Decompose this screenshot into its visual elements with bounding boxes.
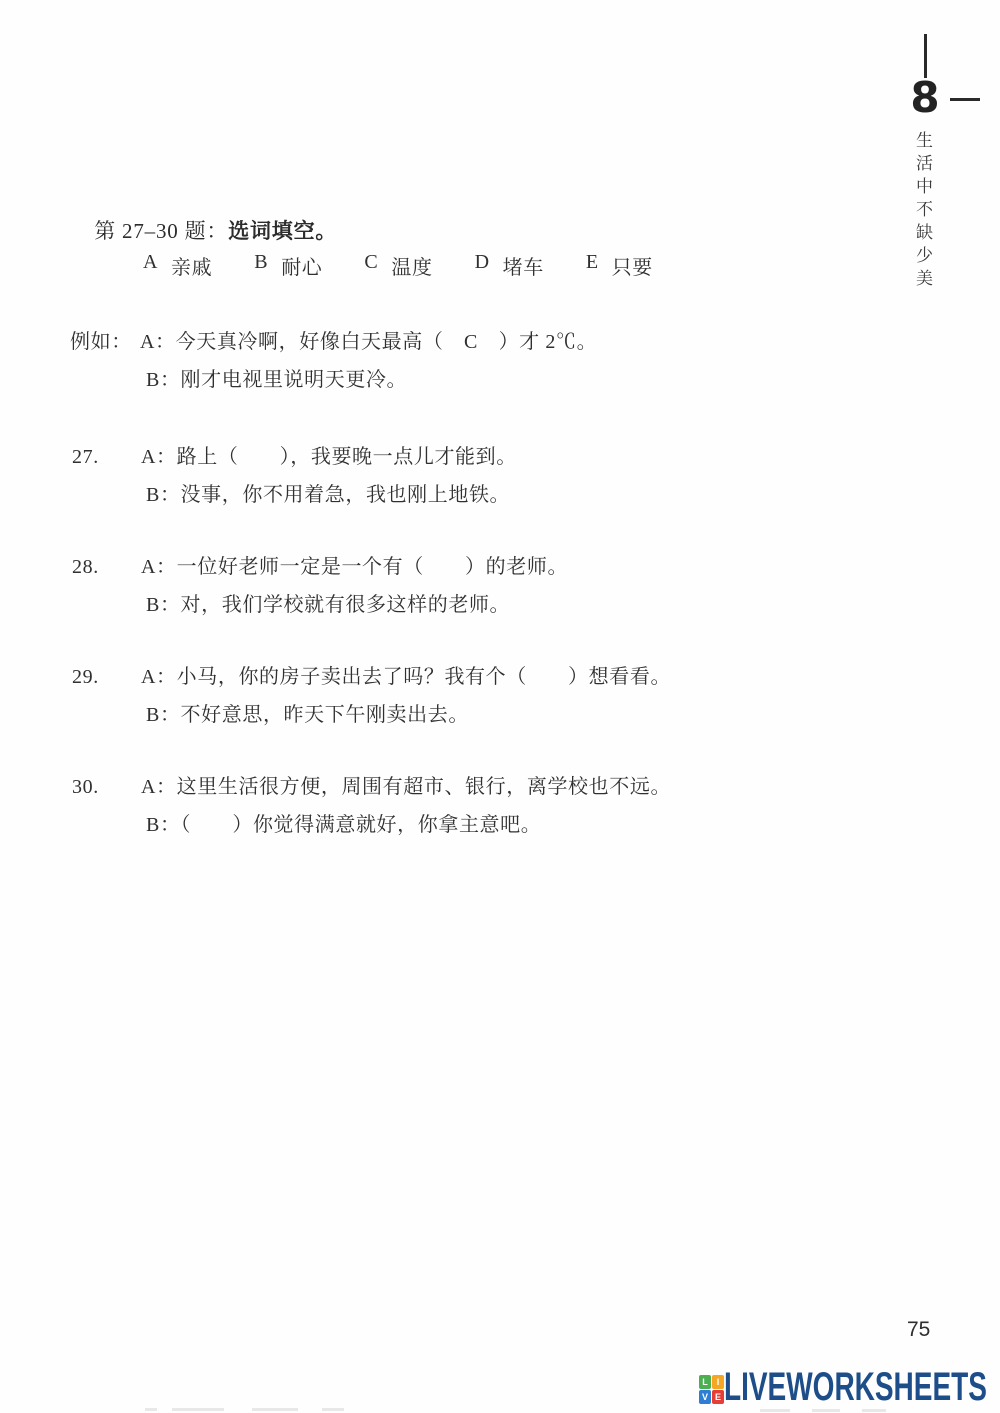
instruction-task: 选词填空。	[228, 219, 337, 243]
word-bank-option-e: E 只要	[586, 251, 653, 280]
question-number: 28.	[72, 555, 99, 579]
chapter-number: 8	[902, 74, 948, 122]
scan-artifact	[252, 1408, 298, 1411]
option-letter: A	[143, 251, 158, 280]
question-line-b: B：（ ）你觉得满意就好，你拿主意吧。	[146, 813, 541, 837]
instruction-range: 第 27–30 题：	[94, 219, 228, 243]
question-line-a: A：小马，你的房子卖出去了吗？我有个（ ）想看看。	[141, 665, 671, 689]
word-bank: A 亲戚 B 耐心 C 温度 D 堵车 E 只要	[143, 251, 653, 280]
question-line-b: B：对，我们学校就有很多这样的老师。	[146, 593, 510, 617]
option-word: 只要	[612, 251, 653, 280]
option-word: 温度	[391, 251, 432, 280]
page-number: 75	[907, 1318, 930, 1342]
option-letter: C	[364, 251, 378, 280]
question-line-a: A：一位好老师一定是一个有（ ）的老师。	[141, 555, 568, 579]
logo-square-v: V	[699, 1390, 711, 1404]
liveworksheets-logo-icon: L I V E	[699, 1375, 724, 1404]
chapter-tab-vertical-rule	[924, 34, 927, 78]
word-bank-option-d: D 堵车	[475, 251, 544, 280]
liveworksheets-wordmark: LIVEWORKSHEETS	[724, 1367, 987, 1407]
question-line-b: B：没事，你不用着急，我也刚上地铁。	[146, 483, 510, 507]
scan-artifact	[760, 1409, 790, 1412]
option-letter: B	[254, 251, 268, 280]
option-word: 耐心	[281, 251, 322, 280]
logo-square-i: I	[712, 1375, 724, 1389]
option-letter: E	[586, 251, 599, 280]
question-number: 27.	[72, 445, 99, 469]
scan-artifact	[145, 1408, 157, 1411]
scan-artifact	[322, 1408, 344, 1411]
logo-square-l: L	[699, 1375, 711, 1389]
word-bank-option-c: C 温度	[364, 251, 432, 280]
question-line-b: B：不好意思，昨天下午刚卖出去。	[146, 703, 469, 727]
chapter-title-vertical: 生活中不缺少美	[910, 131, 935, 292]
example-label: 例如：	[70, 330, 132, 354]
scan-artifact	[862, 1409, 886, 1412]
question-number: 30.	[72, 775, 99, 799]
word-bank-option-b: B 耐心	[254, 251, 322, 280]
worksheet-page: 8 生活中不缺少美 第 27–30 题：选词填空。 A 亲戚 B 耐心 C 温度…	[0, 0, 1000, 1413]
option-letter: D	[475, 251, 490, 280]
scan-artifact	[172, 1408, 224, 1411]
option-word: 亲戚	[171, 251, 212, 280]
question-number: 29.	[72, 665, 99, 689]
scan-artifact	[812, 1409, 840, 1412]
question-line-a: A：这里生活很方便，周围有超市、银行，离学校也不远。	[141, 775, 671, 799]
question-line-a: A：路上（ ），我要晚一点儿才能到。	[141, 445, 517, 469]
example-line-a: A：今天真冷啊，好像白天最高（ C ）才 2℃。	[140, 330, 597, 354]
example-line-b: B：刚才电视里说明天更冷。	[146, 368, 407, 392]
logo-square-e: E	[712, 1390, 724, 1404]
word-bank-option-a: A 亲戚	[143, 251, 212, 280]
chapter-tab-dash	[950, 98, 980, 101]
option-word: 堵车	[503, 251, 544, 280]
